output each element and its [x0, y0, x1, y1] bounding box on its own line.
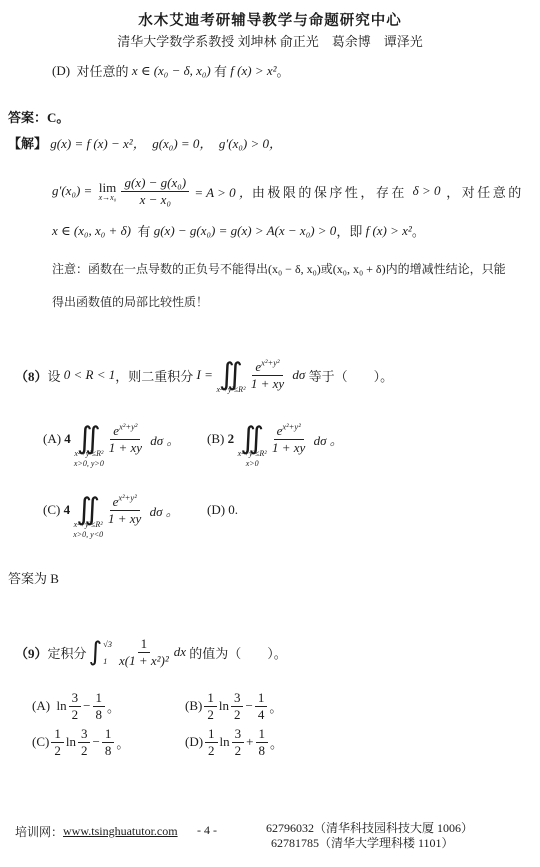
- text-segment: ，对任意的: [441, 182, 524, 201]
- text-segment: 。: [277, 61, 290, 80]
- text-segment: 设: [48, 366, 64, 385]
- text-segment: ，即: [336, 221, 365, 240]
- option-label: (D): [52, 63, 70, 79]
- operator: −: [245, 698, 252, 714]
- option-label: (D): [207, 502, 225, 518]
- fraction-numerator: 1: [138, 636, 151, 653]
- text-segment: 由极限的保序性，存在: [252, 182, 413, 201]
- math-segment: 0 < R < 1: [64, 367, 116, 383]
- fraction: ex²+y² 1 + xy: [105, 494, 144, 526]
- question-9: （9） 定积分 ∫ √3 1 1 x(1 + x²)² dx 的值为（ ）。: [15, 632, 287, 672]
- exp-superscript: x²+y²: [261, 358, 279, 368]
- fraction-denominator: 2: [51, 743, 64, 759]
- fraction: 1 8: [102, 726, 115, 758]
- fraction-numerator: 3: [69, 690, 82, 707]
- answer-label: 答案：: [8, 107, 47, 126]
- document-page: 水木艾迪考研辅导教学与命题研究中心 清华大学数学系教授 刘坤林 俞正光 葛余博 …: [0, 0, 540, 867]
- option-label: (A): [32, 698, 50, 714]
- fraction-denominator: 1 + xy: [248, 376, 287, 392]
- fraction-numerator: 3: [232, 726, 245, 743]
- fraction-denominator: 4: [255, 707, 268, 723]
- math-segment: x ∈ (x₀ − δ, x₀): [132, 63, 211, 79]
- q9-option-c: (C) 1 2 ln 3 2 − 1 8 。: [32, 724, 129, 760]
- fraction-denominator: 2: [231, 707, 244, 723]
- note-line-2: 得出函数值的局部比较性质！: [52, 293, 208, 310]
- iint-limits: x²+y²≤R² x>0: [238, 449, 267, 470]
- fraction-denominator: 1 + xy: [269, 440, 308, 456]
- math-segment: f (x) > x²: [366, 223, 412, 239]
- fraction-numerator: ex²+y²: [110, 494, 140, 511]
- double-integral-op: ∬ x²+y²≤R² x>0, y>0: [77, 424, 101, 454]
- iint-domain: x²+y²≤R²: [73, 520, 103, 530]
- q9-option-b: (B) 1 2 ln 3 2 − 1 4 。: [185, 688, 282, 724]
- footer-right: 62796032（清华科技园科技大厦 1006） 62781785（清华大学理科…: [266, 821, 473, 851]
- fraction: 3 2: [69, 690, 82, 722]
- iint-domain: x²+y²≤R²: [216, 385, 245, 395]
- math-segment: f (x) > x²: [230, 63, 276, 79]
- fraction-denominator: x − x₀: [137, 192, 174, 208]
- integral-bounds: √3 1: [103, 639, 112, 666]
- q8-option-d: (D) 0.: [207, 487, 238, 533]
- fraction-numerator: 1: [205, 726, 218, 743]
- fraction-numerator: ex²+y²: [274, 423, 304, 440]
- exp-superscript: x²+y²: [119, 422, 137, 432]
- text-segment: 。: [116, 733, 129, 752]
- math-segment: g(x) = f (x) − x²， g(x₀) = 0， g′(x₀) > 0…: [47, 133, 282, 152]
- text-segment: 有: [211, 61, 231, 80]
- fraction: 1 x(1 + x²)²: [116, 636, 172, 668]
- fraction-numerator: 1: [51, 726, 64, 743]
- ln-word: ln: [220, 734, 230, 750]
- fraction-numerator: 3: [78, 726, 91, 743]
- text-segment: 等于（ ）。: [309, 366, 394, 385]
- coefficient: 4: [60, 502, 73, 518]
- option-value: 0.: [225, 502, 238, 518]
- option-label: (B): [207, 431, 224, 447]
- math-segment: I =: [197, 367, 217, 383]
- option-label: (C): [32, 734, 49, 750]
- lower-bound: 1: [103, 656, 112, 666]
- text-segment: 。: [107, 697, 120, 716]
- answer-value: C。: [47, 107, 69, 126]
- text-segment: 的值为（ ）。: [189, 643, 287, 662]
- ln-word: ln: [219, 698, 229, 714]
- upper-bound: √3: [103, 639, 112, 649]
- q9-option-d: (D) 1 2 ln 3 2 + 1 8 。: [185, 724, 283, 760]
- double-integral-op: ∬ x²+y²≤R² x>0: [240, 424, 264, 454]
- fraction-numerator: 1: [102, 726, 115, 743]
- lim-subscript: x→x₀: [99, 193, 117, 202]
- option-label: (A): [43, 431, 61, 447]
- text-segment: 对任意的: [70, 61, 132, 80]
- math-segment: x ∈ (x₀, x₀ + δ): [52, 223, 134, 239]
- ln-word: ln: [66, 734, 76, 750]
- option-label: (D): [185, 734, 203, 750]
- iint-constraint: x>0, y>0: [74, 459, 104, 469]
- phone-line-2: 62781785（清华大学理科楼 1101）: [266, 836, 473, 851]
- fraction: 1 8: [256, 726, 269, 758]
- fraction-denominator: 1 + xy: [105, 511, 144, 527]
- fraction-numerator: 3: [231, 690, 244, 707]
- fraction-denominator: 1 + xy: [106, 440, 145, 456]
- math-segment: g′(x₀) =: [52, 183, 96, 199]
- fraction: 1 8: [93, 690, 106, 722]
- fraction: 3 2: [232, 726, 245, 758]
- exp-superscript: x²+y²: [118, 493, 136, 503]
- math-segment: dσ 。: [310, 430, 342, 449]
- solution-label: 【解】: [8, 133, 47, 152]
- fraction-denominator: 2: [78, 743, 91, 759]
- math-segment: δ > 0: [413, 183, 441, 199]
- fraction-denominator: 8: [256, 743, 269, 759]
- math-segment: g(x) − g(x₀) = g(x) > A(x − x₀) > 0: [154, 223, 337, 239]
- fraction-denominator: 2: [205, 743, 218, 759]
- math-segment: dσ: [289, 367, 308, 383]
- question-9-label: （9）: [15, 643, 48, 662]
- iint-constraint: x>0, y<0: [73, 530, 103, 540]
- fraction: 1 2: [205, 726, 218, 758]
- q9-option-a: (A) ln 3 2 − 1 8 。: [32, 688, 120, 724]
- phone-line-1: 62796032（清华科技园科技大厦 1006）: [266, 821, 473, 836]
- q8-option-b: (B) 2 ∬ x²+y²≤R² x>0 ex²+y² 1 + xy dσ 。: [207, 416, 343, 462]
- fraction-denominator: 2: [69, 707, 82, 723]
- fraction-denominator: 2: [204, 707, 217, 723]
- fraction: ex²+y² 1 + xy: [248, 359, 287, 391]
- iint-limits: x²+y²≤R²: [216, 385, 245, 395]
- text-segment: 定积分: [48, 643, 87, 662]
- text-segment: 有: [134, 221, 154, 240]
- fraction: 3 2: [78, 726, 91, 758]
- limit-formula-line: g′(x₀) = lim x→x₀ g(x) − g(x₀) x − x₀ = …: [52, 170, 524, 212]
- note-line-1: 注意：函数在一点导数的正负号不能得出(x₀ − δ, x₀)或(x₀, x₀ +…: [52, 260, 506, 277]
- option-label: (C): [43, 502, 60, 518]
- fraction-numerator: g(x) − g(x₀): [121, 175, 189, 192]
- fraction: 1 4: [255, 690, 268, 722]
- math-segment: dx: [174, 644, 190, 660]
- fraction: ex²+y² 1 + xy: [106, 423, 145, 455]
- fraction-denominator: 8: [93, 707, 106, 723]
- operator: +: [246, 734, 253, 750]
- iint-domain: x²+y²≤R²: [238, 449, 267, 459]
- fraction-numerator: 1: [93, 690, 106, 707]
- operator: −: [83, 698, 90, 714]
- math-segment: dσ 。: [147, 430, 179, 449]
- double-integral-op: ∬ x²+y²≤R²: [219, 360, 243, 390]
- ln-word: ln: [50, 698, 67, 714]
- iint-domain: x²+y²≤R²: [74, 449, 104, 459]
- fraction: ex²+y² 1 + xy: [269, 423, 308, 455]
- fraction: 1 2: [51, 726, 64, 758]
- coefficient: 4: [61, 431, 74, 447]
- site-link[interactable]: www.tsinghuatutor.com: [63, 824, 178, 839]
- integral-op: ∫ √3 1: [89, 639, 112, 666]
- limit-operator: lim x→x₀: [99, 181, 117, 202]
- answer-line-1: 答案： C。: [8, 107, 69, 126]
- math-segment: dσ 。: [146, 501, 178, 520]
- fraction-numerator: 1: [204, 690, 217, 707]
- iint-constraint: x>0: [238, 459, 267, 469]
- fraction-numerator: 1: [255, 690, 268, 707]
- answer-line-8: 答案为 B: [8, 568, 59, 587]
- text-segment: ，则二重积分: [115, 366, 196, 385]
- q8-option-c: (C) 4 ∬ x²+y²≤R² x>0, y<0 ex²+y² 1 + xy …: [43, 487, 179, 533]
- doc-title: 水木艾迪考研辅导教学与命题研究中心: [0, 9, 540, 30]
- option-d-line: (D) 对任意的 x ∈ (x₀ − δ, x₀) 有 f (x) > x² 。: [52, 61, 290, 80]
- page-number: - 4 -: [197, 823, 217, 838]
- fraction-numerator: ex²+y²: [110, 423, 140, 440]
- iint-limits: x²+y²≤R² x>0, y<0: [73, 520, 103, 541]
- site-label: 培训网：: [15, 823, 63, 840]
- q8-option-a: (A) 4 ∬ x²+y²≤R² x>0, y>0 ex²+y² 1 + xy …: [43, 416, 179, 462]
- math-segment: = A > 0 ，: [191, 182, 252, 201]
- exp-superscript: x²+y²: [282, 422, 300, 432]
- fraction-denominator: 8: [102, 743, 115, 759]
- text-segment: 。: [269, 697, 282, 716]
- text-segment: 。: [270, 733, 283, 752]
- integral-glyph: ∫: [89, 639, 103, 665]
- question-8: （8） 设 0 < R < 1 ，则二重积分 I = ∬ x²+y²≤R² ex…: [15, 350, 393, 400]
- doc-subtitle: 清华大学数学系教授 刘坤林 俞正光 葛余博 谭泽光: [0, 31, 540, 50]
- option-label: (B): [185, 698, 202, 714]
- fraction-numerator: ex²+y²: [252, 359, 282, 376]
- footer-left: 培训网： www.tsinghuatutor.com: [15, 823, 178, 840]
- fraction: 3 2: [231, 690, 244, 722]
- fraction-numerator: 1: [256, 726, 269, 743]
- fraction: g(x) − g(x₀) x − x₀: [121, 175, 189, 207]
- fraction-denominator: 2: [232, 743, 245, 759]
- text-segment: 。: [412, 221, 425, 240]
- operator: −: [92, 734, 99, 750]
- solution-line-3: x ∈ (x₀, x₀ + δ) 有 g(x) − g(x₀) = g(x) >…: [52, 221, 425, 240]
- coefficient: 2: [224, 431, 237, 447]
- fraction: 1 2: [204, 690, 217, 722]
- question-8-label: （8）: [15, 366, 48, 385]
- double-integral-op: ∬ x²+y²≤R² x>0, y<0: [76, 495, 100, 525]
- solution-line-1: 【解】 g(x) = f (x) − x²， g(x₀) = 0， g′(x₀)…: [8, 133, 282, 152]
- fraction-denominator: x(1 + x²)²: [116, 653, 172, 669]
- iint-limits: x²+y²≤R² x>0, y>0: [74, 449, 104, 470]
